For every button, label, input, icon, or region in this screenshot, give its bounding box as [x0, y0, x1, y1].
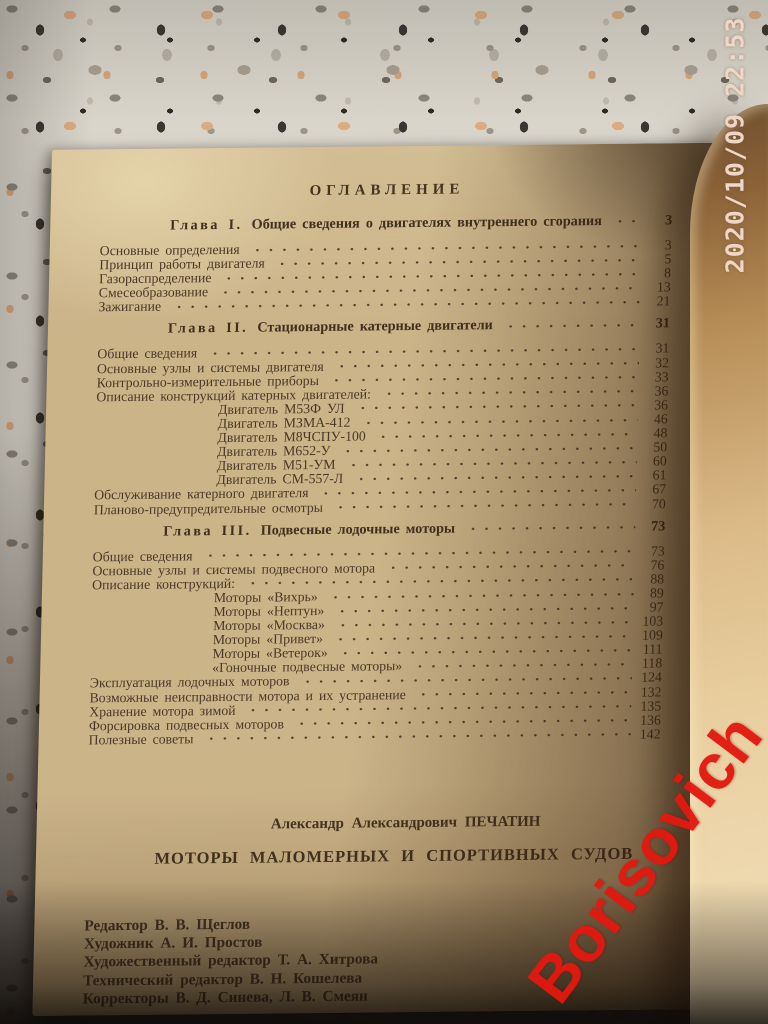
chapter-word: Глава II. [168, 320, 249, 338]
toc-entry-label: Планово-предупредительные осмотры [94, 499, 324, 517]
toc-chapter-row: Глава II.Стационарные катерные двигатели… [98, 316, 670, 337]
toc-entry-label: Зажигание [98, 299, 161, 316]
dot-leader [464, 518, 636, 535]
toc-entry-label: Полезные советы [88, 731, 193, 748]
camera-timestamp: 2020/10/09 22:53 [721, 17, 750, 274]
toc-entry-label: Подвесные лодочные моторы [261, 520, 456, 539]
toc-heading: ОГЛАВЛЕНИЕ [101, 179, 673, 202]
dot-leader [502, 316, 640, 332]
dot-leader [611, 213, 643, 228]
dot-leader [332, 496, 636, 513]
toc-chapter-row: Глава III.Подвесные лодочные моторы73 [93, 518, 665, 539]
chapter-word: Глава III. [163, 522, 252, 540]
toc-page-number: 3 [645, 212, 672, 229]
toc-page-number: 73 [638, 518, 665, 535]
toc-page-number: 70 [639, 496, 666, 512]
toc-entry-label: Стационарные катерные двигатели [257, 318, 493, 337]
chapter-word: Глава I. [170, 217, 243, 235]
toc-entry-label: Общие сведения о двигателях внутреннего … [251, 213, 602, 234]
toc-page-number: 31 [643, 316, 670, 333]
author-line: Александр Александрович ПЕЧАТИН [86, 812, 658, 835]
book-title-line: МОТОРЫ МАЛОМЕРНЫХ И СПОРТИВНЫХ СУДОВ [86, 843, 658, 869]
photo-canvas: ОГЛАВЛЕНИЕ Глава I.Общие сведения о двиг… [0, 0, 768, 1024]
toc-chapter-row: Глава I.Общие сведения о двигателях внут… [100, 212, 672, 233]
toc-page-number: 142 [633, 726, 660, 742]
toc-page-number: 21 [643, 294, 670, 310]
toc-list: Глава I.Общие сведения о двигателях внут… [88, 212, 672, 746]
